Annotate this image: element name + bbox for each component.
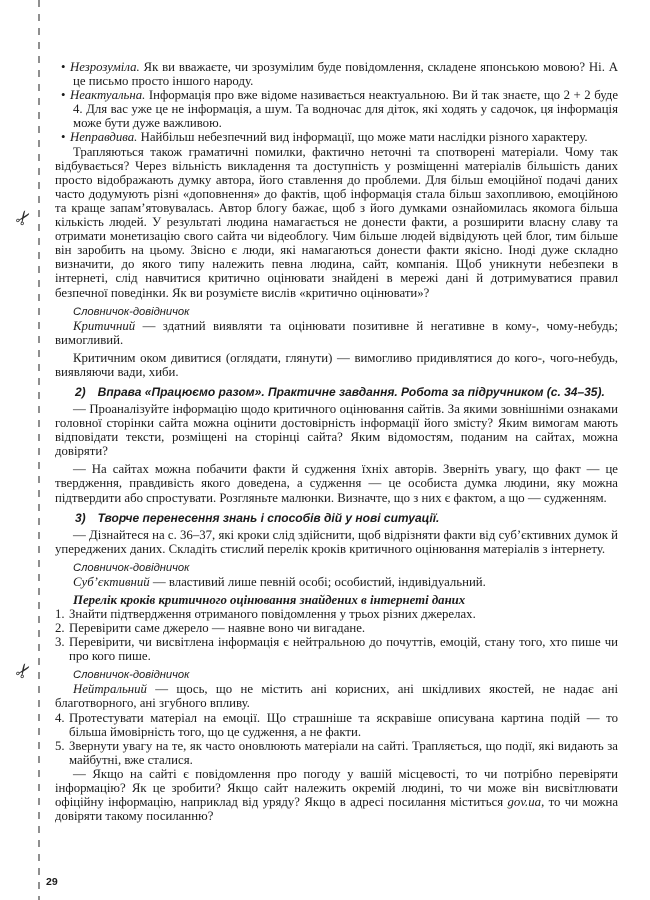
- scissors-icon: ✂: [10, 205, 37, 231]
- vocab-label: Словничок-довідничок: [55, 305, 618, 319]
- bullet-marker: •: [61, 130, 70, 144]
- bullet-text: Як ви вважаєте, чи зрозумілим буде повід…: [73, 60, 618, 88]
- step-number: 4.: [55, 711, 67, 725]
- page-number: 29: [46, 876, 58, 888]
- vocab-definition: — здатний виявляти та оцінювати позитивн…: [55, 319, 618, 347]
- step-number: 5.: [55, 739, 67, 753]
- step-number: 1.: [55, 607, 67, 621]
- step-text: Перевірити, чи висвітлена інформація є н…: [69, 635, 618, 663]
- step-text: Протестувати матеріал на емоції. Що стра…: [69, 711, 618, 739]
- paragraph-task2-intro: — Проаналізуйте інформацію щодо критично…: [55, 402, 618, 458]
- step-text: Знайти підтвердження отриманого повідомл…: [69, 607, 476, 621]
- steps-list-4-5: 4.Протестувати матеріал на емоції. Що ст…: [55, 711, 618, 767]
- step-number: 2.: [55, 621, 67, 635]
- vocab-entry-neutral: Нейтральний — щось, що не містить ані ко…: [55, 682, 618, 710]
- gov-ua-domain-text: gov.ua: [508, 795, 542, 809]
- paragraph-main: Трапляються також граматичні помилки, фа…: [55, 145, 618, 300]
- task-number: 3): [75, 511, 86, 525]
- step-item: 1.Знайти підтвердження отриманого повідо…: [55, 607, 618, 621]
- list-item: •Неправдива. Найбільш небезпечний вид ін…: [55, 130, 618, 144]
- vocab-entry-critical: Критичний — здатний виявляти та оцінюват…: [55, 319, 618, 347]
- vocab-term: Суб’єктивний: [73, 575, 150, 589]
- step-item: 2.Перевірити саме джерело — наявне воно …: [55, 621, 618, 635]
- paragraph-task3-intro: — Дізнайтеся на с. 36–37, які кроки слід…: [55, 528, 618, 556]
- vocab-definition: — властивий лише певній особі; особистий…: [153, 575, 486, 589]
- task-title: Творче перенесення знань і способів дій …: [98, 511, 440, 525]
- vocab-entry-subjective: Суб’єктивний — властивий лише певній осо…: [55, 575, 618, 589]
- term-irrelevant: Неактуальна.: [70, 88, 145, 102]
- step-number: 3.: [55, 635, 67, 649]
- bullet-marker: •: [61, 60, 70, 74]
- vocab-label: Словничок-довідничок: [55, 668, 618, 682]
- steps-title: Перелік кроків критичного оцінювання зна…: [55, 593, 618, 607]
- list-item: •Незрозуміла. Як ви вважаєте, чи зрозумі…: [55, 60, 618, 88]
- scissors-icon: ✂: [10, 658, 37, 684]
- vocab-entry-critical-eye: Критичним оком дивитися (оглядати, гляну…: [55, 351, 618, 379]
- step-item: 5.Звернути увагу на те, як часто оновлюю…: [55, 739, 618, 767]
- vocab-term: Критичний: [73, 319, 135, 333]
- task-heading-3: 3)Творче перенесення знань і способів ді…: [55, 511, 618, 525]
- bullet-text: Найбільш небезпечний вид інформації, що …: [141, 130, 588, 144]
- bullet-marker: •: [61, 88, 70, 102]
- step-text: Звернути увагу на те, як часто оновлюють…: [69, 739, 618, 767]
- term-unclear: Незрозуміла.: [70, 60, 140, 74]
- task-number: 2): [75, 385, 86, 399]
- info-types-list: •Незрозуміла. Як ви вважаєте, чи зрозумі…: [55, 60, 618, 145]
- task-heading-2: 2)Вправа «Працюємо разом». Практичне зав…: [55, 385, 618, 399]
- steps-list-1-3: 1.Знайти підтвердження отриманого повідо…: [55, 607, 618, 663]
- paragraph-task2-answer: — На сайтах можна побачити факти й судже…: [55, 462, 618, 504]
- step-text: Перевірити саме джерело — наявне воно чи…: [69, 621, 365, 635]
- task-title: Вправа «Працюємо разом». Практичне завда…: [98, 385, 605, 399]
- page-content: •Незрозуміла. Як ви вважаєте, чи зрозумі…: [55, 60, 618, 823]
- vocab-label: Словничок-довідничок: [55, 561, 618, 575]
- vocab-term: Нейтральний: [73, 682, 147, 696]
- step-item: 4.Протестувати матеріал на емоції. Що ст…: [55, 711, 618, 739]
- list-item: •Неактуальна. Інформація про вже відоме …: [55, 88, 618, 130]
- paragraph-final-questions: — Якщо на сайті є повідомлення про погод…: [55, 767, 618, 823]
- cut-dashed-line: [38, 0, 40, 900]
- bullet-text: Інформація про вже відоме називається не…: [73, 88, 618, 130]
- term-false: Неправдива.: [70, 130, 137, 144]
- step-item: 3.Перевірити, чи висвітлена інформація є…: [55, 635, 618, 663]
